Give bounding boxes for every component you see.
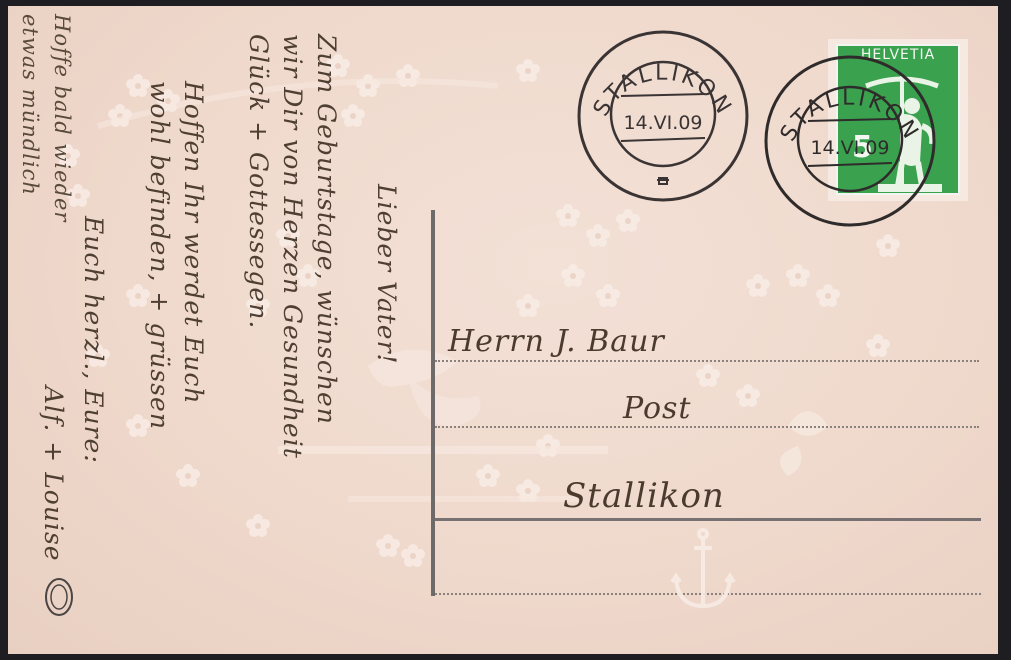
postcard: HELVETIA 5 STALLIKON 14.VI.09 <box>8 6 998 654</box>
message-line-2: wir Dir von Herzen Gesundheit <box>278 34 307 459</box>
message-address-divider <box>431 210 435 596</box>
address-recipient: Herrn J. Baur <box>448 324 665 359</box>
swiss-cross-icon <box>657 178 669 184</box>
margin-note-line-2: etwas mündlich <box>18 14 42 196</box>
postmark-2-date: 14.VI.09 <box>810 137 889 159</box>
address-line-post: Post <box>623 391 691 426</box>
message-line-5: wohl befinden, + grüssen <box>145 81 174 430</box>
message-line-4: Hoffen Ihr werdet Euch <box>179 81 208 404</box>
address-line-3 <box>435 518 981 521</box>
message-line-6: Euch herzl., Eure: <box>79 216 108 464</box>
postmark-1: STALLIKON 14.VI.09 <box>573 26 753 206</box>
address-line-1 <box>435 360 979 362</box>
postmark-2: STALLIKON 14.VI.09 <box>760 51 940 231</box>
address-town: Stallikon <box>563 476 725 516</box>
embossed-anchor-icon <box>658 526 748 616</box>
address-line-2 <box>435 426 979 428</box>
message-salutation: Lieber Vater! <box>372 184 401 365</box>
margin-note-line-1: Hoffe bald wieder <box>50 14 74 222</box>
message-line-1: Zum Geburtstage, wünschen <box>312 34 341 425</box>
postmark-1-date: 14.VI.09 <box>623 112 702 134</box>
oval-mark-icon <box>42 574 76 620</box>
message-signature: Alf. + Louise <box>39 386 68 562</box>
message-line-3: Glück + Gottessegen. <box>244 34 273 329</box>
